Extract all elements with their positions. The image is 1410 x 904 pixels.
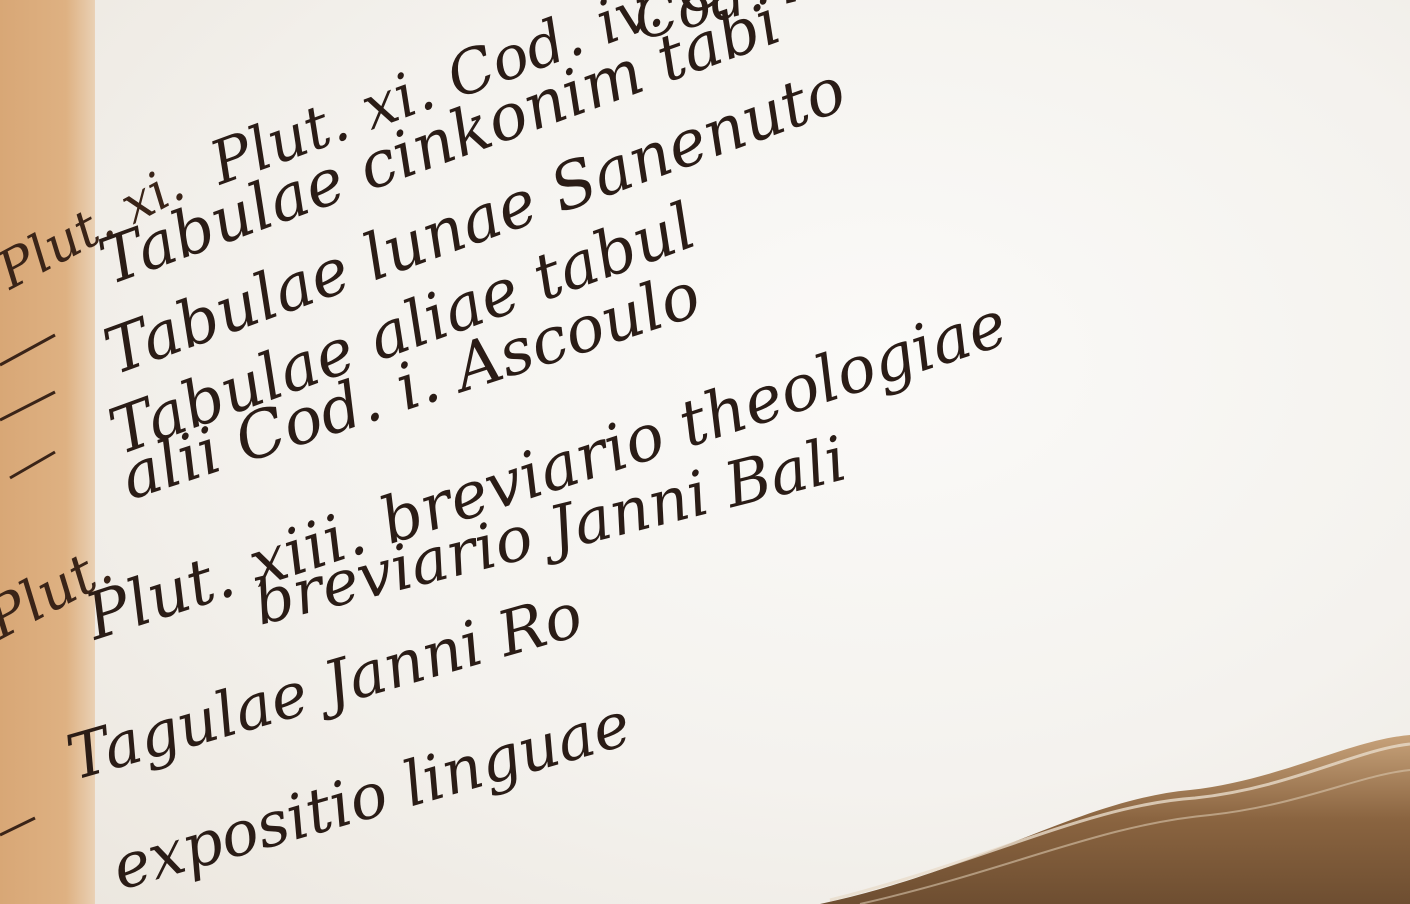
handwriting-layer: Plut. xi. Plut. Cod. iv Cum Plut. xi. Co… bbox=[0, 0, 1410, 904]
manuscript-text: Cod. iv Cum Plut. xi. Cod. iv. Guarcesi … bbox=[59, 0, 1077, 904]
